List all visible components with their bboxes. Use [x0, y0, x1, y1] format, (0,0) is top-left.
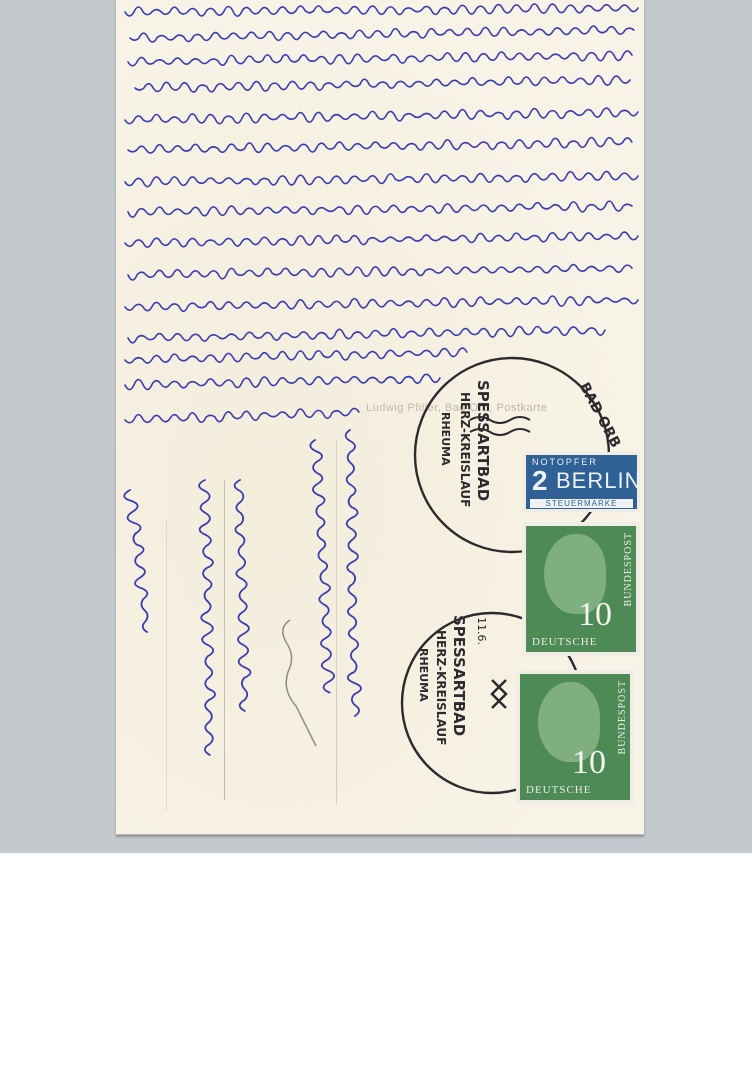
handwritten-address	[0, 0, 752, 853]
pencil-note-mark	[283, 620, 316, 746]
